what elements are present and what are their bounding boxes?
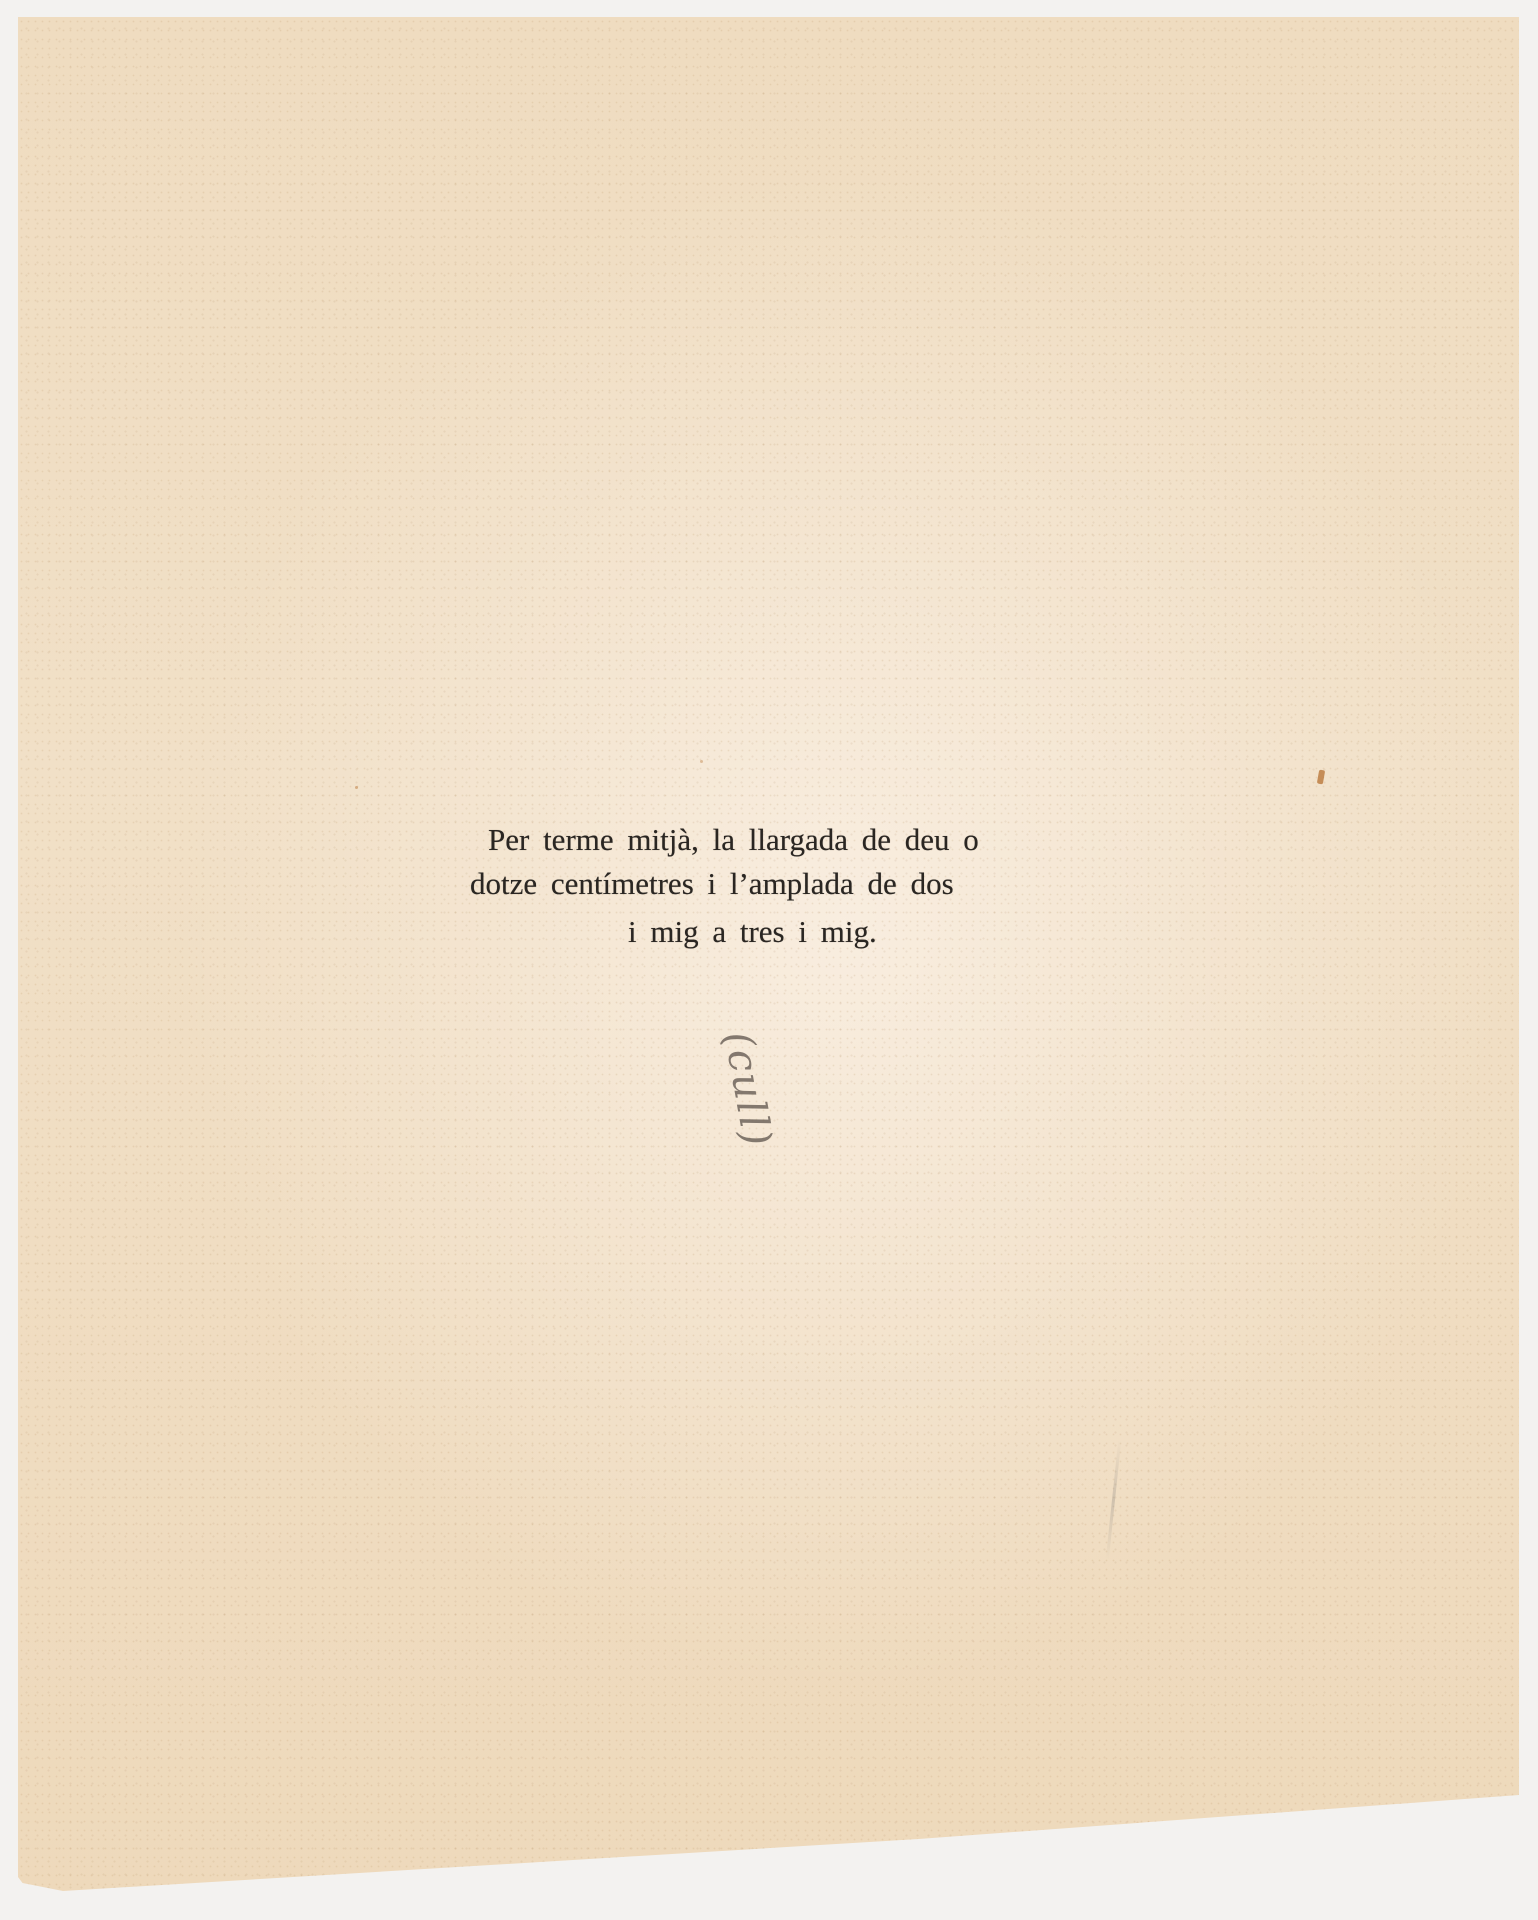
show-through-writing xyxy=(997,463,1048,477)
text-line-2: dotze centímetres i l’amplada de dos xyxy=(462,862,1082,906)
text-line-3: i mig a tres i mig. xyxy=(462,910,1082,954)
paper-speck xyxy=(355,786,358,789)
printed-paragraph: Per terme mitjà, la llargada de deu o do… xyxy=(462,818,1082,954)
paper-speck xyxy=(700,760,703,763)
paper-sheet xyxy=(18,17,1519,1907)
text-line-1: Per terme mitjà, la llargada de deu o xyxy=(462,818,1082,862)
